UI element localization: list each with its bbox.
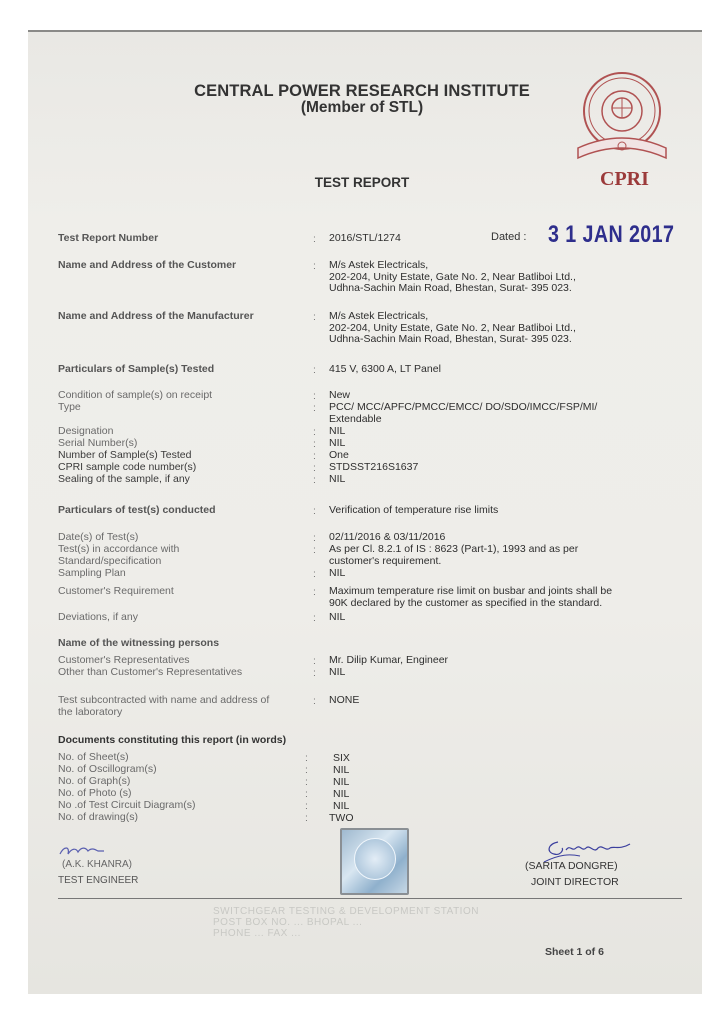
tests-row-value: NIL <box>329 612 345 624</box>
colon: : <box>313 364 316 376</box>
witness-heading: Name of the witnessing persons <box>58 638 219 650</box>
colon: : <box>313 390 316 402</box>
colon: : <box>313 568 316 580</box>
colon: : <box>305 788 308 800</box>
sample-row-label: Type <box>58 402 81 414</box>
witness-row-label: Customer's Representatives <box>58 655 190 667</box>
sample-row-value: NIL <box>329 438 345 450</box>
tests-row-label: Sampling Plan <box>58 568 126 580</box>
footer-divider <box>58 898 682 899</box>
colon: : <box>313 695 316 707</box>
report-number-label: Test Report Number <box>58 233 158 245</box>
colon: : <box>305 764 308 776</box>
colon: : <box>313 544 316 556</box>
documents-row-label: No. of Sheet(s) <box>58 752 129 764</box>
documents-row-value: NIL <box>333 764 349 776</box>
sample-row-label: Sealing of the sample, if any <box>58 474 190 486</box>
colon: : <box>305 800 308 812</box>
colon: : <box>313 450 316 462</box>
subcontract-value: NONE <box>329 695 359 707</box>
colon: : <box>313 532 316 544</box>
dated-label: Dated : <box>491 231 526 243</box>
faded-address: SWITCHGEAR TESTING & DEVELOPMENT STATION… <box>213 906 479 939</box>
colon: : <box>305 812 308 824</box>
documents-row-value: NIL <box>333 776 349 788</box>
customer-label: Name and Address of the Customer <box>58 260 236 272</box>
manufacturer-address: M/s Astek Electricals, 202-204, Unity Es… <box>329 311 576 346</box>
cpri-logo-text: CPRI <box>600 168 649 191</box>
test-engineer-title: TEST ENGINEER <box>58 875 138 886</box>
sample-row-value: STDSST216S1637 <box>329 462 418 474</box>
sample-row-value: NIL <box>329 426 345 438</box>
tests-row-label: Test(s) in accordance with Standard/spec… <box>58 544 179 567</box>
tests-row-value: NIL <box>329 568 345 580</box>
colon: : <box>313 462 316 474</box>
sample-row-label: Number of Sample(s) Tested <box>58 450 191 462</box>
documents-row-value: NIL <box>333 800 349 812</box>
witness-row-value: NIL <box>329 667 345 679</box>
tests-heading-value: Verification of temperature rise limits <box>329 505 498 517</box>
colon: : <box>313 612 316 624</box>
colon: : <box>305 776 308 788</box>
tests-row-label: Deviations, if any <box>58 612 138 624</box>
documents-row-value: SIX <box>333 752 350 764</box>
tests-row-label: Customer's Requirement <box>58 586 174 598</box>
report-number-value: 2016/STL/1274 <box>329 233 401 245</box>
hologram-seal-icon <box>340 828 409 895</box>
documents-row-label: No. of Oscillogram(s) <box>58 764 157 776</box>
colon: : <box>313 505 316 517</box>
sample-row-label: Condition of sample(s) on receipt <box>58 390 212 402</box>
date-stamp: 3 1 JAN 2017 <box>548 221 674 249</box>
sample-row-value: NIL <box>329 474 345 486</box>
colon: : <box>313 260 316 272</box>
sample-row-label: Designation <box>58 426 113 438</box>
test-engineer-name: (A.K. KHANRA) <box>62 859 132 870</box>
joint-director-name: (SARITA DONGRE) <box>525 860 618 872</box>
tests-heading: Particulars of test(s) conducted <box>58 505 216 517</box>
tests-row-value: Maximum temperature rise limit on busbar… <box>329 586 612 609</box>
colon: : <box>313 655 316 667</box>
documents-row-label: No. of drawing(s) <box>58 812 138 824</box>
sample-row-label: Serial Number(s) <box>58 438 137 450</box>
documents-row-label: No .of Test Circuit Diagram(s) <box>58 800 196 812</box>
subcontract-label: Test subcontracted with name and address… <box>58 695 269 718</box>
sample-row-value: PCC/ MCC/APFC/PMCC/EMCC/ DO/SDO/IMCC/FSP… <box>329 402 597 425</box>
tests-row-label: Date(s) of Test(s) <box>58 532 138 544</box>
documents-row-label: No. of Graph(s) <box>58 776 130 788</box>
joint-director-title: JOINT DIRECTOR <box>531 876 619 888</box>
documents-row-value: TWO <box>329 812 354 824</box>
sample-row-value: New <box>329 390 350 402</box>
signature-left-icon <box>58 842 148 860</box>
sample-heading-value: 415 V, 6300 A, LT Panel <box>329 364 441 376</box>
tests-row-value: 02/11/2016 & 03/11/2016 <box>329 532 445 544</box>
manufacturer-label: Name and Address of the Manufacturer <box>58 311 254 323</box>
cpri-seal-icon <box>572 66 672 176</box>
sheet-number: Sheet 1 of 6 <box>545 946 604 958</box>
colon: : <box>313 402 316 414</box>
sample-row-label: CPRI sample code number(s) <box>58 462 196 474</box>
colon: : <box>305 752 308 764</box>
colon: : <box>313 233 316 245</box>
documents-row-value: NIL <box>333 788 349 800</box>
witness-row-label: Other than Customer's Representatives <box>58 667 242 679</box>
colon: : <box>313 667 316 679</box>
customer-address: M/s Astek Electricals, 202-204, Unity Es… <box>329 260 576 295</box>
colon: : <box>313 426 316 438</box>
colon: : <box>313 474 316 486</box>
colon: : <box>313 438 316 450</box>
documents-row-label: No. of Photo (s) <box>58 788 132 800</box>
colon: : <box>313 311 316 323</box>
colon: : <box>313 586 316 598</box>
sample-heading: Particulars of Sample(s) Tested <box>58 364 214 376</box>
tests-row-value: As per Cl. 8.2.1 of IS : 8623 (Part-1), … <box>329 544 578 567</box>
sample-row-value: One <box>329 450 349 462</box>
witness-row-value: Mr. Dilip Kumar, Engineer <box>329 655 448 667</box>
documents-heading: Documents constituting this report (in w… <box>58 735 286 747</box>
